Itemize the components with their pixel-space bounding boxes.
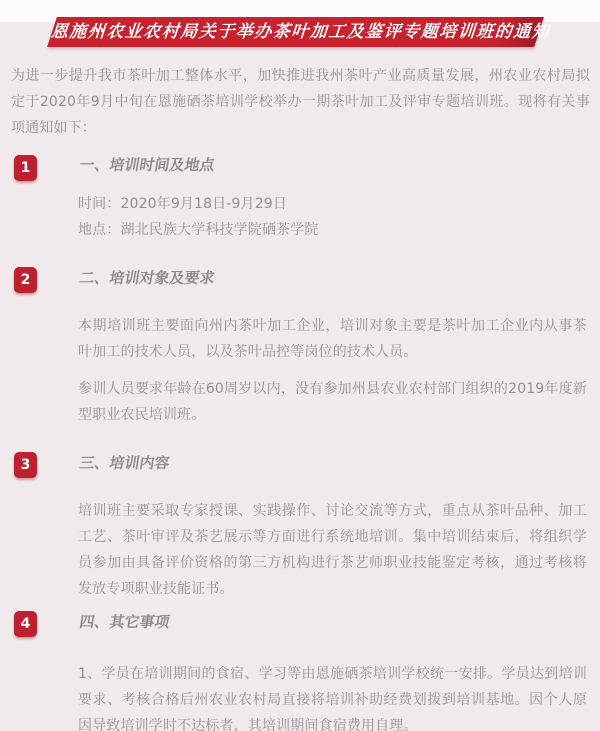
section-3-heading: 三、培训内容	[78, 453, 587, 473]
section-4: 四、其它事项 1、学员在培训期间的食宿、学习等由恩施硒茶培训学校统一安排。学员达…	[78, 612, 587, 731]
section-3-content: 培训班主要采取专家授课、实践操作、讨论交流等方式，重点从茶叶品种、加工工艺、茶叶…	[78, 498, 587, 602]
notice-page: 恩施州农业农村局关于举办茶叶加工及鉴评专题培训班的通知 为进一步提升我市茶叶加工…	[0, 0, 600, 731]
section-3-badge: 3	[14, 452, 37, 478]
intro-paragraph: 为进一步提升我市茶叶加工整体水平，加快推进我州茶叶产业高质量发展，州农业农村局拟…	[11, 63, 590, 141]
title-banner: 恩施州农业农村局关于举办茶叶加工及鉴评专题培训班的通知	[47, 17, 544, 47]
section-1-heading: 一、培训时间及地点	[78, 155, 587, 175]
paragraph: 1、学员在培训期间的食宿、学习等由恩施硒茶培训学校统一安排。学员达到培训要求、考…	[78, 661, 587, 731]
paragraph: 本期培训班主要面向州内茶叶加工企业，培训对象主要是茶叶加工企业内从事茶叶加工的技…	[78, 313, 587, 365]
section-1: 一、培训时间及地点 时间：2020年9月18日-9月29日 地点：湖北民族大学科…	[78, 155, 587, 243]
section-3: 三、培训内容 培训班主要采取专家授课、实践操作、讨论交流等方式，重点从茶叶品种、…	[78, 453, 587, 602]
paragraph: 参训人员要求年龄在60周岁以内，没有参加州县农业农村部门组织的2019年度新型职…	[78, 376, 587, 428]
section-2-badge: 2	[14, 267, 37, 293]
notice-title: 恩施州农业农村局关于举办茶叶加工及鉴评专题培训班的通知	[47, 17, 544, 47]
paragraph: 时间：2020年9月18日-9月29日 地点：湖北民族大学科技学院硒茶学院	[78, 191, 587, 243]
section-1-badge: 1	[14, 155, 37, 181]
section-2-content: 本期培训班主要面向州内茶叶加工企业，培训对象主要是茶叶加工企业内从事茶叶加工的技…	[78, 313, 587, 428]
section-2-heading: 二、培训对象及要求	[78, 268, 587, 288]
paragraph: 培训班主要采取专家授课、实践操作、讨论交流等方式，重点从茶叶品种、加工工艺、茶叶…	[78, 498, 587, 602]
section-4-content: 1、学员在培训期间的食宿、学习等由恩施硒茶培训学校统一安排。学员达到培训要求、考…	[78, 661, 587, 731]
section-1-content: 时间：2020年9月18日-9月29日 地点：湖北民族大学科技学院硒茶学院	[78, 191, 587, 243]
section-4-heading: 四、其它事项	[78, 612, 587, 632]
section-4-badge: 4	[14, 611, 37, 637]
section-2: 二、培训对象及要求 本期培训班主要面向州内茶叶加工企业，培训对象主要是茶叶加工企…	[78, 268, 587, 428]
